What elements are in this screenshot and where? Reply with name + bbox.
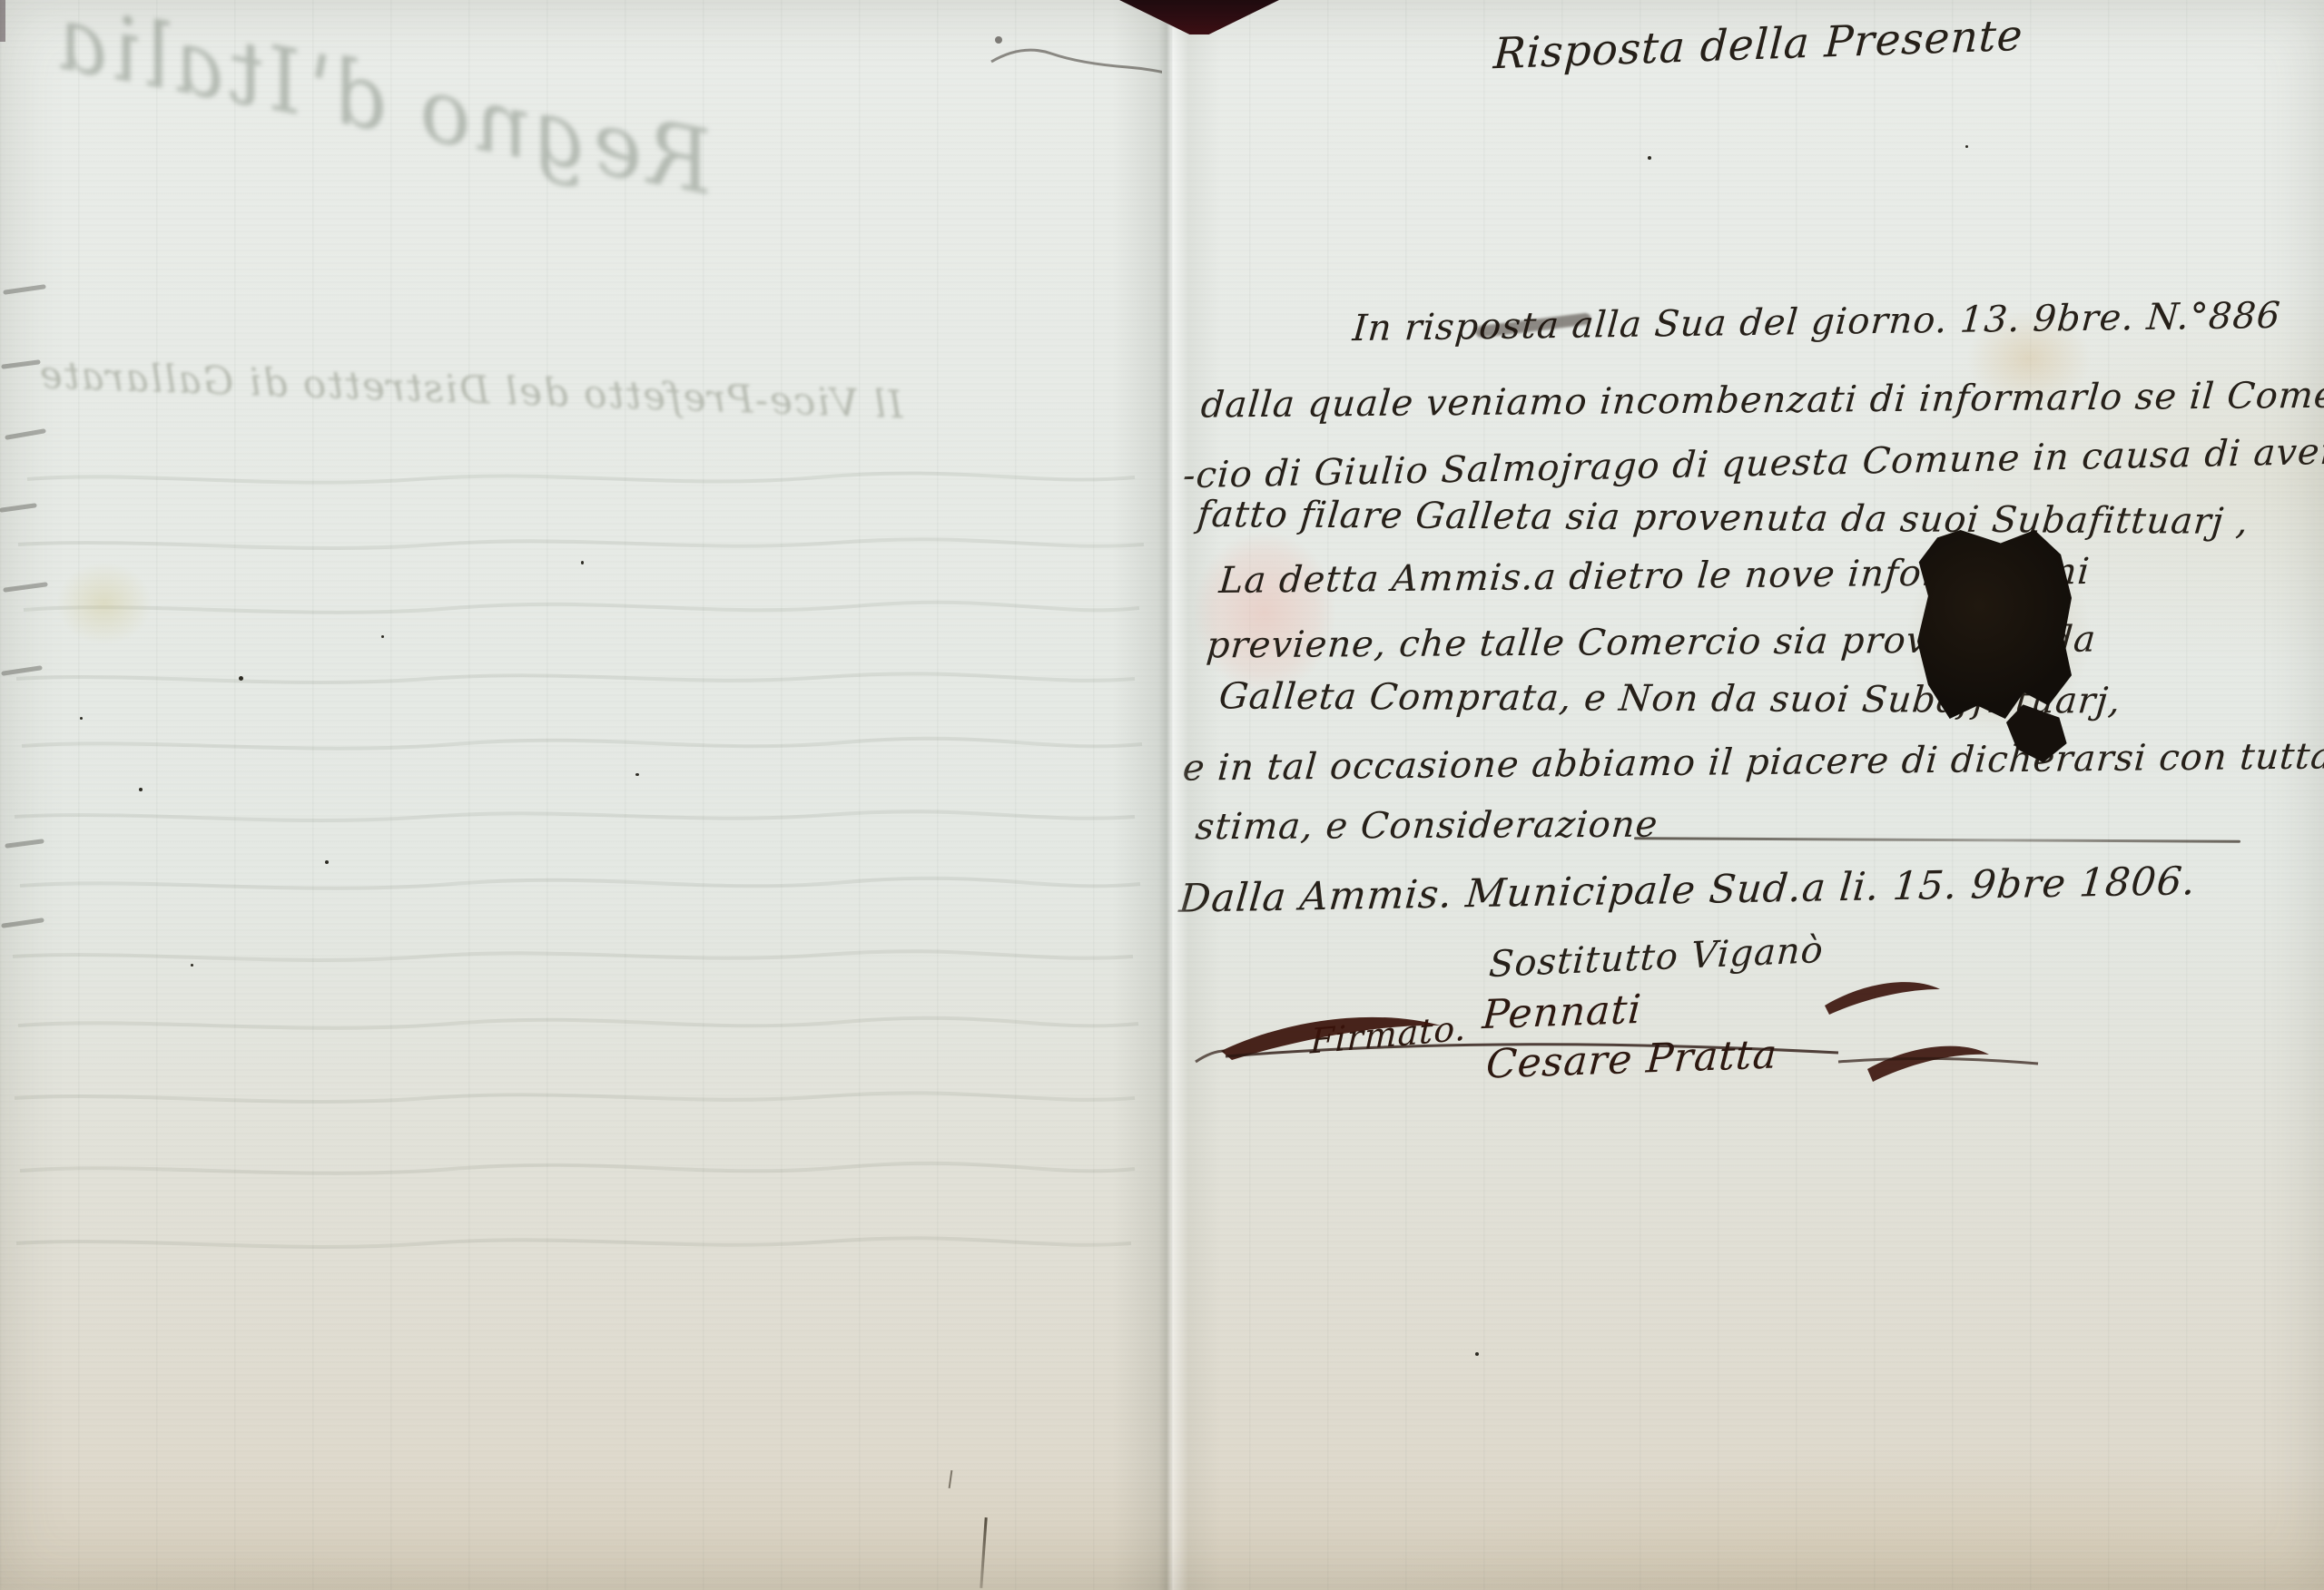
docket-title: Risposta della Presente xyxy=(1492,11,2024,80)
signature-pennati: Pennati xyxy=(1481,986,1643,1038)
dateline: Dalla Ammis. Municipale Sud.a li. 15. 9b… xyxy=(1177,859,2198,922)
body-line: -cio di Giulio Salmojrago di questa Comu… xyxy=(1182,431,2324,497)
ink-speck xyxy=(1475,1352,1479,1356)
body-line: e in tal occasione abbiamo il piacere di… xyxy=(1181,735,2324,789)
body-line: fatto filare Galleta sia provenuta da su… xyxy=(1196,494,2250,543)
signature-cesare-pratta: Cesare Pratta xyxy=(1484,1031,1778,1087)
body-line: dalla quale veniamo incombenzati di info… xyxy=(1199,374,2324,426)
closing-rule-line xyxy=(1634,837,2240,842)
ink-blot-hole xyxy=(1917,530,2072,719)
ink-speck xyxy=(239,676,243,681)
right-page-letter: Risposta della Presente In risposta alla… xyxy=(1176,0,2324,1590)
left-page: Regno d'Italia Il Vice-Prefetto del Dist… xyxy=(0,0,1162,1590)
ink-speck xyxy=(191,964,193,967)
ink-speck xyxy=(139,788,143,791)
ink-speck xyxy=(635,773,639,776)
ink-speck xyxy=(325,860,329,864)
ink-speck xyxy=(80,717,83,720)
bleedthrough-scribble-lines xyxy=(0,0,1162,1590)
ink-speck xyxy=(581,561,584,564)
signature-sostituto-vigano: Sostitutto Viganò xyxy=(1488,929,1825,986)
ink-speck xyxy=(1965,145,1968,148)
edge-shadow xyxy=(0,0,5,42)
scanned-letter-photo: { "document": { "kind": "Scanned two-pag… xyxy=(0,0,2324,1590)
ink-speck xyxy=(381,635,384,638)
ink-speck xyxy=(1648,156,1651,160)
bleedthrough-letterhead-title: Regno d'Italia xyxy=(96,0,722,214)
body-line: In risposta alla Sua del giorno. 13. 9br… xyxy=(1351,295,2282,349)
bleedthrough-letterhead-subline: Il Vice-Prefetto del Distretto di Gallar… xyxy=(49,353,903,427)
signature-firmato-label: Firmato. xyxy=(1310,1007,1468,1061)
body-line: stima, e Considerazione xyxy=(1194,804,1659,849)
